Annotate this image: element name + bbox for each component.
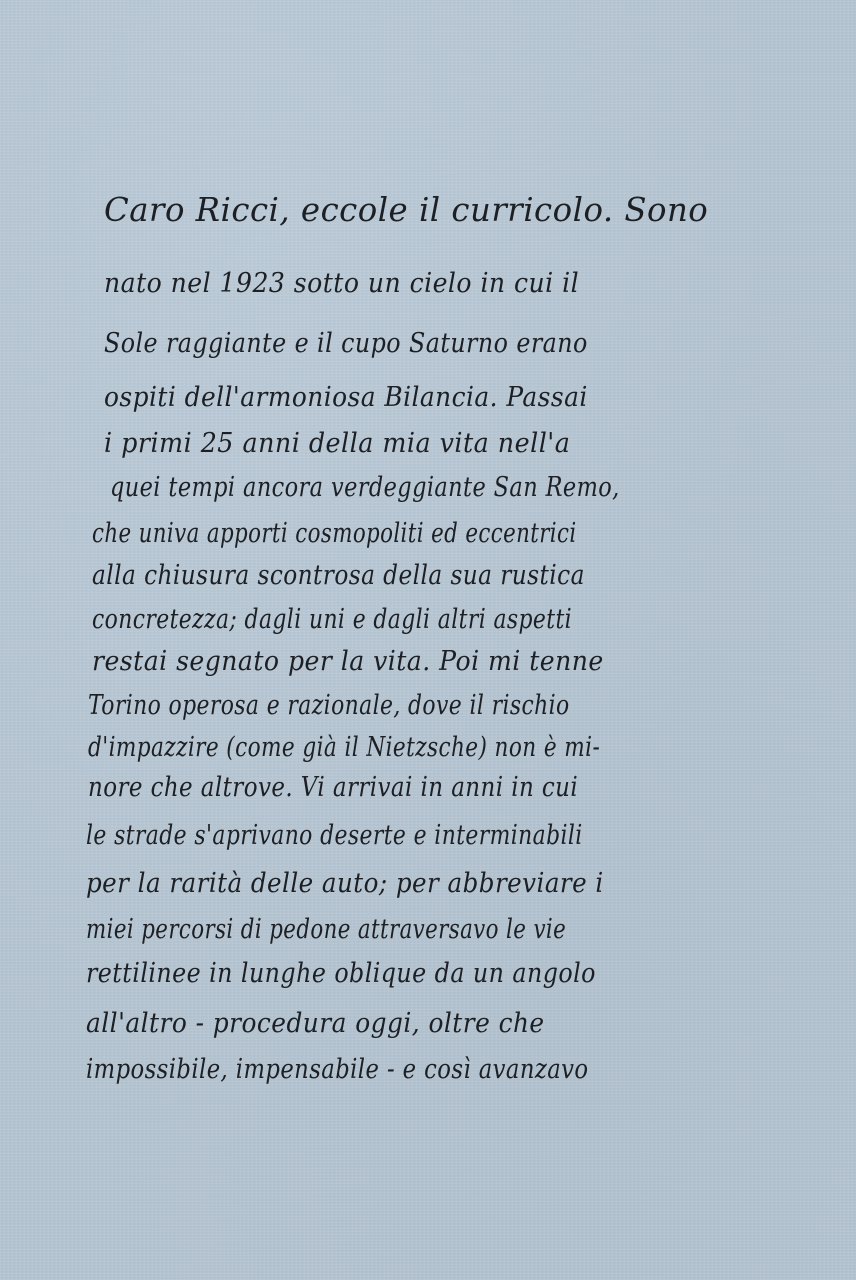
letter-line-11: Torino operosa e razionale, dove il risc…: [88, 690, 570, 721]
letter-line-14: le strade s'aprivano deserte e intermina…: [86, 820, 583, 851]
letter-line-18: all'altro - procedura oggi, oltre che: [86, 1008, 545, 1039]
letter-line-6: quei tempi ancora verdeggiante San Remo,: [110, 472, 620, 503]
letter-line-7: che univa apporti cosmopoliti ed eccentr…: [92, 518, 577, 549]
letter-line-1: Caro Ricci, eccole il curricolo. Sono: [104, 190, 708, 229]
letter-line-15: per la rarità delle auto; per abbreviare…: [86, 868, 604, 899]
letter-line-2: nato nel 1923 sotto un cielo in cui il: [104, 268, 579, 299]
letter-line-5: i primi 25 anni della mia vita nell'a: [104, 428, 570, 459]
letter-line-9: concretezza; dagli uni e dagli altri asp…: [92, 604, 572, 635]
letter-line-4: ospiti dell'armoniosa Bilancia. Passai: [104, 382, 588, 413]
paper-sheet: Caro Ricci, eccole il curricolo. Sono na…: [0, 0, 856, 1280]
letter-line-10: restai segnato per la vita. Poi mi tenne: [92, 646, 604, 677]
letter-line-16: miei percorsi di pedone attraversavo le …: [86, 914, 566, 945]
letter-line-13: nore che altrove. Vi arrivai in anni in …: [88, 772, 578, 803]
letter-line-3: Sole raggiante e il cupo Saturno erano: [104, 328, 588, 359]
letter-line-12: d'impazzire (come già il Nietzsche) non …: [88, 732, 600, 763]
letter-line-19: impossibile, impensabile - e così avanza…: [86, 1054, 588, 1085]
handwritten-letter: Caro Ricci, eccole il curricolo. Sono na…: [0, 0, 856, 1280]
letter-line-17: rettilinee in lunghe oblique da un angol…: [86, 958, 596, 989]
letter-line-8: alla chiusura scontrosa della sua rustic…: [92, 560, 585, 591]
